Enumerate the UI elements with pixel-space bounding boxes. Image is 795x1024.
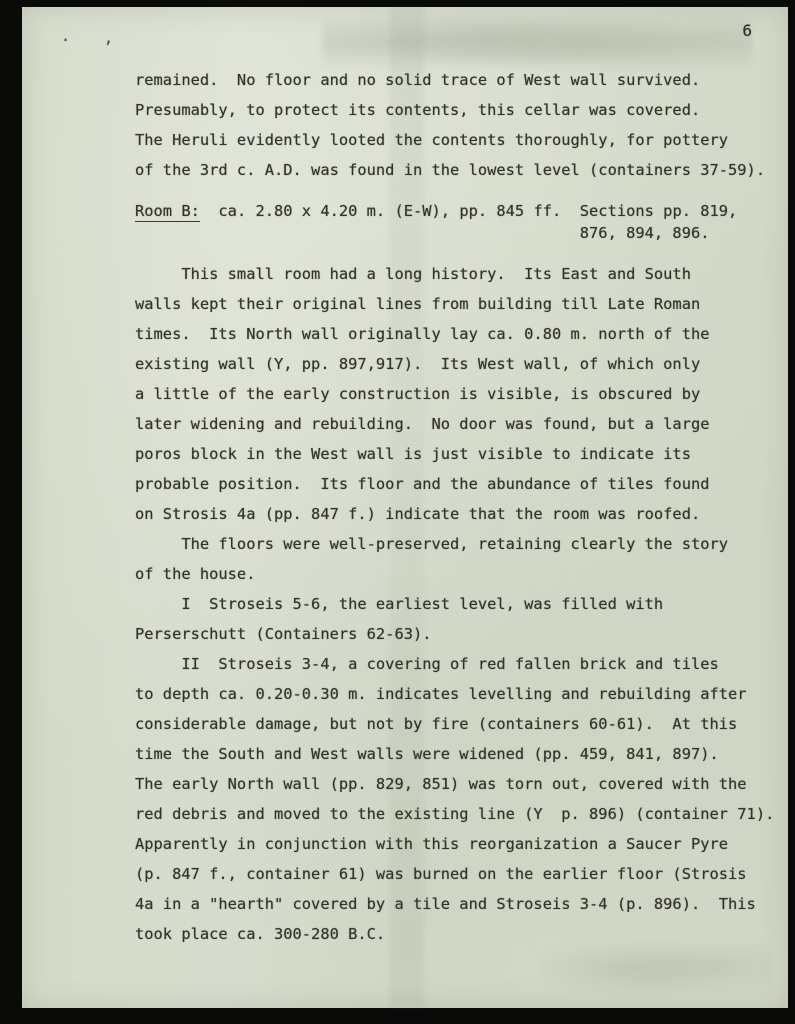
- scanned-photo-background: . , 6 remained. No floor and no solid tr…: [0, 0, 795, 1024]
- text-line: The floors were well-preserved, retainin…: [135, 529, 783, 559]
- text-line: on Strosis 4a (pp. 847 f.) indicate that…: [135, 499, 783, 529]
- page-number: 6: [742, 21, 752, 40]
- text-line: remained. No floor and no solid trace of…: [135, 65, 783, 95]
- text-line: later widening and rebuilding. No door w…: [135, 409, 783, 439]
- section-heading-continuation: 876, 894, 896.: [135, 222, 783, 244]
- text-line: Presumably, to protect its contents, thi…: [135, 95, 783, 125]
- typewritten-page: . , 6 remained. No floor and no solid tr…: [22, 7, 788, 1008]
- text-line: walls kept their original lines from bui…: [135, 289, 783, 319]
- text-line: probable position. Its floor and the abu…: [135, 469, 783, 499]
- document-body: remained. No floor and no solid trace of…: [135, 65, 783, 949]
- text-line: 4a in a "hearth" covered by a tile and S…: [135, 889, 783, 919]
- section-heading: Room B: ca. 2.80 x 4.20 m. (E-W), pp. 84…: [135, 200, 783, 244]
- section-heading-line: Room B: ca. 2.80 x 4.20 m. (E-W), pp. 84…: [135, 200, 783, 222]
- text-line: time the South and West walls were widen…: [135, 739, 783, 769]
- text-line: I Stroseis 5-6, the earliest level, was …: [135, 589, 783, 619]
- text-line: of the house.: [135, 559, 783, 589]
- text-line: red debris and moved to the existing lin…: [135, 799, 783, 829]
- text-line: took place ca. 300-280 B.C.: [135, 919, 783, 949]
- text-line: Apparently in conjunction with this reor…: [135, 829, 783, 859]
- text-line: (p. 847 f., container 61) was burned on …: [135, 859, 783, 889]
- text-line: times. Its North wall originally lay ca.…: [135, 319, 783, 349]
- text-line: This small room had a long history. Its …: [135, 259, 783, 289]
- text-line: to depth ca. 0.20-0.30 m. indicates leve…: [135, 679, 783, 709]
- text-line: existing wall (Y, pp. 897,917). Its West…: [135, 349, 783, 379]
- text-line: Perserschutt (Containers 62-63).: [135, 619, 783, 649]
- text-line: considerable damage, but not by fire (co…: [135, 709, 783, 739]
- stray-mark: .: [61, 27, 70, 45]
- text-line: poros block in the West wall is just vis…: [135, 439, 783, 469]
- text-line: The Heruli evidently looted the contents…: [135, 125, 783, 155]
- stray-mark: ,: [104, 29, 113, 47]
- text-line: a little of the early construction is vi…: [135, 379, 783, 409]
- text-line: of the 3rd c. A.D. was found in the lowe…: [135, 155, 783, 185]
- text-line: The early North wall (pp. 829, 851) was …: [135, 769, 783, 799]
- section-heading-text: ca. 2.80 x 4.20 m. (E-W), pp. 845 ff. Se…: [200, 202, 737, 220]
- section-heading-underlined-label: Room B:: [135, 202, 200, 222]
- text-line: II Stroseis 3-4, a covering of red falle…: [135, 649, 783, 679]
